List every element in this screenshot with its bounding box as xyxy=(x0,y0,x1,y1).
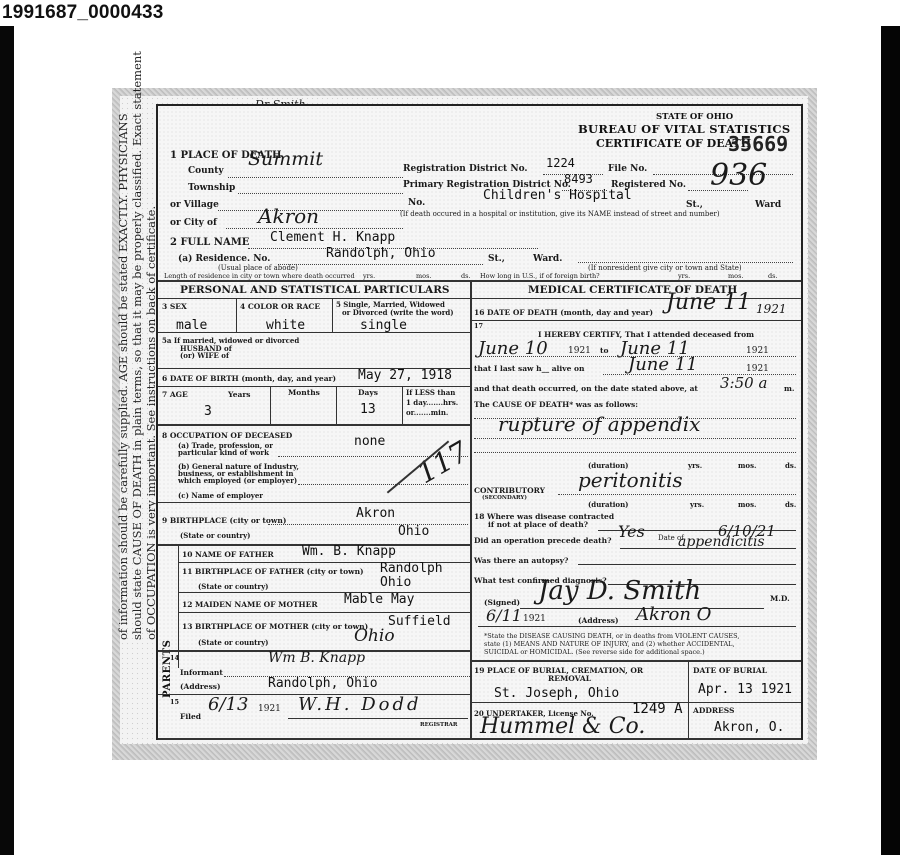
autopsy-label: Was there an autopsy? xyxy=(474,556,568,565)
contracted-label-2: if not at place of death? xyxy=(488,520,588,529)
how-long-us-label: How long in U.S., if of foreign birth? xyxy=(480,272,600,280)
informant-number: 14 xyxy=(170,654,179,662)
mother-name-value: Mable May xyxy=(344,592,414,607)
residence-st-label: St., xyxy=(488,254,505,264)
marital-label-2: or Divorced (write the word) xyxy=(342,308,454,317)
cause-yrs: yrs. xyxy=(688,461,702,470)
us-ds: ds. xyxy=(768,272,778,280)
instruction-line: should state CAUSE OF DEATH in plain ter… xyxy=(130,100,144,640)
burial-date-label: DATE OF BURIAL xyxy=(693,666,767,675)
nonresident-note: (If nonresident give city or town and St… xyxy=(588,264,742,272)
reg-district-label: Registration District No. xyxy=(403,164,528,174)
last-saw-value: June 11 xyxy=(628,354,698,375)
filed-date-value: 6/13 xyxy=(208,694,248,715)
dob-value: May 27, 1918 xyxy=(358,368,452,383)
contributory-label: CONTRIBUTORY xyxy=(474,486,545,495)
header-state: STATE OF OHIO xyxy=(656,112,733,122)
signed-date-value: 6/11 xyxy=(486,606,522,625)
contributory-mos: mos. xyxy=(738,500,756,509)
city-value: Akron xyxy=(258,204,319,228)
father-name-label: 10 NAME OF FATHER xyxy=(182,550,274,559)
m-label: m. xyxy=(784,384,795,393)
institution-note: (If death occured in a hospital or insti… xyxy=(400,210,720,218)
institution-value: Children's Hospital xyxy=(483,188,632,203)
informant-value: Wm B. Knapp xyxy=(268,650,365,666)
race-label: 4 COLOR OR RACE xyxy=(240,302,320,311)
registered-no-value: 936 xyxy=(710,158,767,193)
father-name-value: Wm. B. Knapp xyxy=(302,544,396,559)
physician-address-label: (Address) xyxy=(578,616,619,625)
burial-place-value: St. Joseph, Ohio xyxy=(494,686,619,701)
dod-label: 16 DATE OF DEATH (month, day and year) xyxy=(474,308,653,317)
occ-a-label-2: particular kind of work xyxy=(178,448,269,457)
death-time-value: 3:50 a xyxy=(720,374,767,392)
instructions-sidebar: of information should be carefully suppl… xyxy=(116,100,158,640)
contributory-duration-label: (duration) xyxy=(588,500,628,509)
item-17-number: 17 xyxy=(474,322,483,330)
marital-value: single xyxy=(360,318,407,333)
mother-name-label: 12 MAIDEN NAME OF MOTHER xyxy=(182,600,318,609)
dod-value: June 11 xyxy=(666,290,751,315)
burial-place-label-2: REMOVAL xyxy=(548,674,591,683)
residence-yrs: yrs. xyxy=(363,272,375,280)
occ-b-label-3: which employed (or employer) xyxy=(178,476,297,485)
father-birthplace-label: 11 BIRTHPLACE OF FATHER (city or town) xyxy=(182,567,364,576)
cause-ds: ds. xyxy=(785,461,796,470)
residence-label: (a) Residence. No. xyxy=(178,254,270,264)
institution-st-label: St., xyxy=(686,200,703,210)
reg-district-value: 1224 xyxy=(546,156,575,170)
length-residence-label: Length of residence in city or town wher… xyxy=(164,272,355,280)
filed-number: 15 xyxy=(170,698,179,706)
usual-place-note: (Usual place of abode) xyxy=(218,264,298,272)
filed-year-value: 1921 xyxy=(258,704,281,714)
filed-label: Filed xyxy=(180,712,201,721)
mother-birthplace-label: 13 BIRTHPLACE OF MOTHER (city or town) xyxy=(182,622,368,631)
contributory-value: peritonitis xyxy=(578,468,683,492)
scan-edge-left xyxy=(0,26,14,855)
residence-value: Randolph, Ohio xyxy=(326,246,436,261)
residence-ds: ds. xyxy=(461,272,471,280)
registrar-signature: W.H. Dodd xyxy=(298,694,422,715)
cause-of-death-label: The CAUSE OF DEATH* was as follows: xyxy=(474,400,638,409)
cause-of-death-value: rupture of appendix xyxy=(498,412,700,436)
attended-from-year: 1921 xyxy=(568,346,591,356)
county-value: Summit xyxy=(248,148,323,170)
mother-birthplace-state-label: (State or country) xyxy=(198,638,268,647)
us-yrs: yrs. xyxy=(678,272,690,280)
physician-signature: Jay D. Smith xyxy=(538,576,701,606)
age-label: 7 AGE xyxy=(162,390,188,399)
years-label: Years xyxy=(228,390,251,399)
undertaker-value: Hummel & Co. xyxy=(480,714,645,739)
md-label: M.D. xyxy=(770,594,790,603)
dod-year: 1921 xyxy=(756,302,787,316)
cause-mos: mos. xyxy=(738,461,756,470)
to-label: to xyxy=(600,346,608,355)
race-value: white xyxy=(266,318,305,333)
secondary-label: (SECONDARY) xyxy=(482,495,527,501)
footnote-line-1: *State the DISEASE CAUSING DEATH, or in … xyxy=(484,632,739,640)
father-birthplace-state-label: (State or country) xyxy=(198,582,268,591)
sex-value: male xyxy=(176,318,207,333)
informant-address-label: (Address) xyxy=(180,682,221,691)
undertaker-address-value: Akron, O. xyxy=(714,720,784,735)
occupation-label: 8 OCCUPATION OF DECEASED xyxy=(162,431,292,440)
less-than-label-2: 1 day.......hrs. xyxy=(406,398,458,407)
residence-ward-label: Ward. xyxy=(533,254,562,264)
county-label: County xyxy=(188,166,224,176)
days-label: Days xyxy=(358,388,378,397)
parents-side-label: PARENTS xyxy=(162,640,173,699)
township-label: Township xyxy=(188,183,235,193)
years-value: 3 xyxy=(204,404,212,419)
document-id: 1991687_0000433 xyxy=(2,2,164,24)
informant-address-value: Randolph, Ohio xyxy=(268,676,378,691)
residence-mos: mos. xyxy=(416,272,431,280)
birthplace-state-label: (State or country) xyxy=(180,531,250,540)
scan-edge-right xyxy=(881,26,900,855)
footnote-line-2: state (1) MEANS AND NATURE OF INJURY, an… xyxy=(484,640,735,648)
days-value: 13 xyxy=(360,402,376,417)
operation-label: Did an operation precede death? xyxy=(474,536,611,545)
us-mos: mos. xyxy=(728,272,743,280)
institution-ward-label: Ward xyxy=(755,200,781,210)
personal-section-title: PERSONAL AND STATISTICAL PARTICULARS xyxy=(180,284,450,296)
signed-year: 1921 xyxy=(523,614,546,624)
less-than-label-3: or.......min. xyxy=(406,408,448,417)
informant-label: Informant xyxy=(180,668,223,677)
institution-no-label: No. xyxy=(408,198,425,208)
full-name-value: Clement H. Knapp xyxy=(270,230,395,245)
physician-address-value: Akron O xyxy=(636,604,711,625)
death-certificate-form: STATE OF OHIO BUREAU OF VITAL STATISTICS… xyxy=(156,104,803,740)
sex-label: 3 SEX xyxy=(162,302,187,311)
attended-to-year: 1921 xyxy=(746,346,769,356)
dob-label: 6 DATE OF BIRTH (month, day, and year) xyxy=(162,374,336,383)
file-no-label: File No. xyxy=(608,164,647,174)
contributory-ds: ds. xyxy=(785,500,796,509)
contributory-yrs: yrs. xyxy=(690,500,704,509)
registrar-label: REGISTRAR xyxy=(420,722,458,728)
spouse-label-3: (or) WIFE of xyxy=(180,351,229,360)
full-name-label: 2 FULL NAME xyxy=(170,237,249,248)
months-label: Months xyxy=(288,388,320,397)
mother-birthplace-city: Suffield xyxy=(388,614,451,629)
operation-value: Yes xyxy=(618,522,645,541)
village-label: or Village xyxy=(170,200,219,210)
instruction-line: of information should be carefully suppl… xyxy=(116,100,130,640)
father-birthplace-city: Randolph xyxy=(380,561,443,576)
city-label: or City of xyxy=(170,218,217,228)
mother-birthplace-state: Ohio xyxy=(354,626,395,646)
last-saw-label: that I last saw h__ alive on xyxy=(474,364,584,373)
undertaker-address-label: ADDRESS xyxy=(693,706,734,715)
death-time-label: and that death occurred, on the date sta… xyxy=(474,384,698,393)
primary-district-value: 8493 xyxy=(564,172,593,186)
birthplace-state-value: Ohio xyxy=(398,524,429,539)
occ-a-value: none xyxy=(354,434,385,449)
certificate-number: 35669 xyxy=(728,132,788,156)
less-than-label-1: If LESS than xyxy=(406,388,455,397)
burial-date-value: Apr. 13 1921 xyxy=(698,682,792,697)
father-birthplace-state: Ohio xyxy=(380,575,411,590)
last-saw-year: 1921 xyxy=(746,364,769,374)
occ-c-label: (c) Name of employer xyxy=(178,491,263,500)
footnote-line-3: SUICIDAL or HOMICIDAL. (See reverse side… xyxy=(484,648,705,656)
birthplace-city-value: Akron xyxy=(356,506,395,521)
